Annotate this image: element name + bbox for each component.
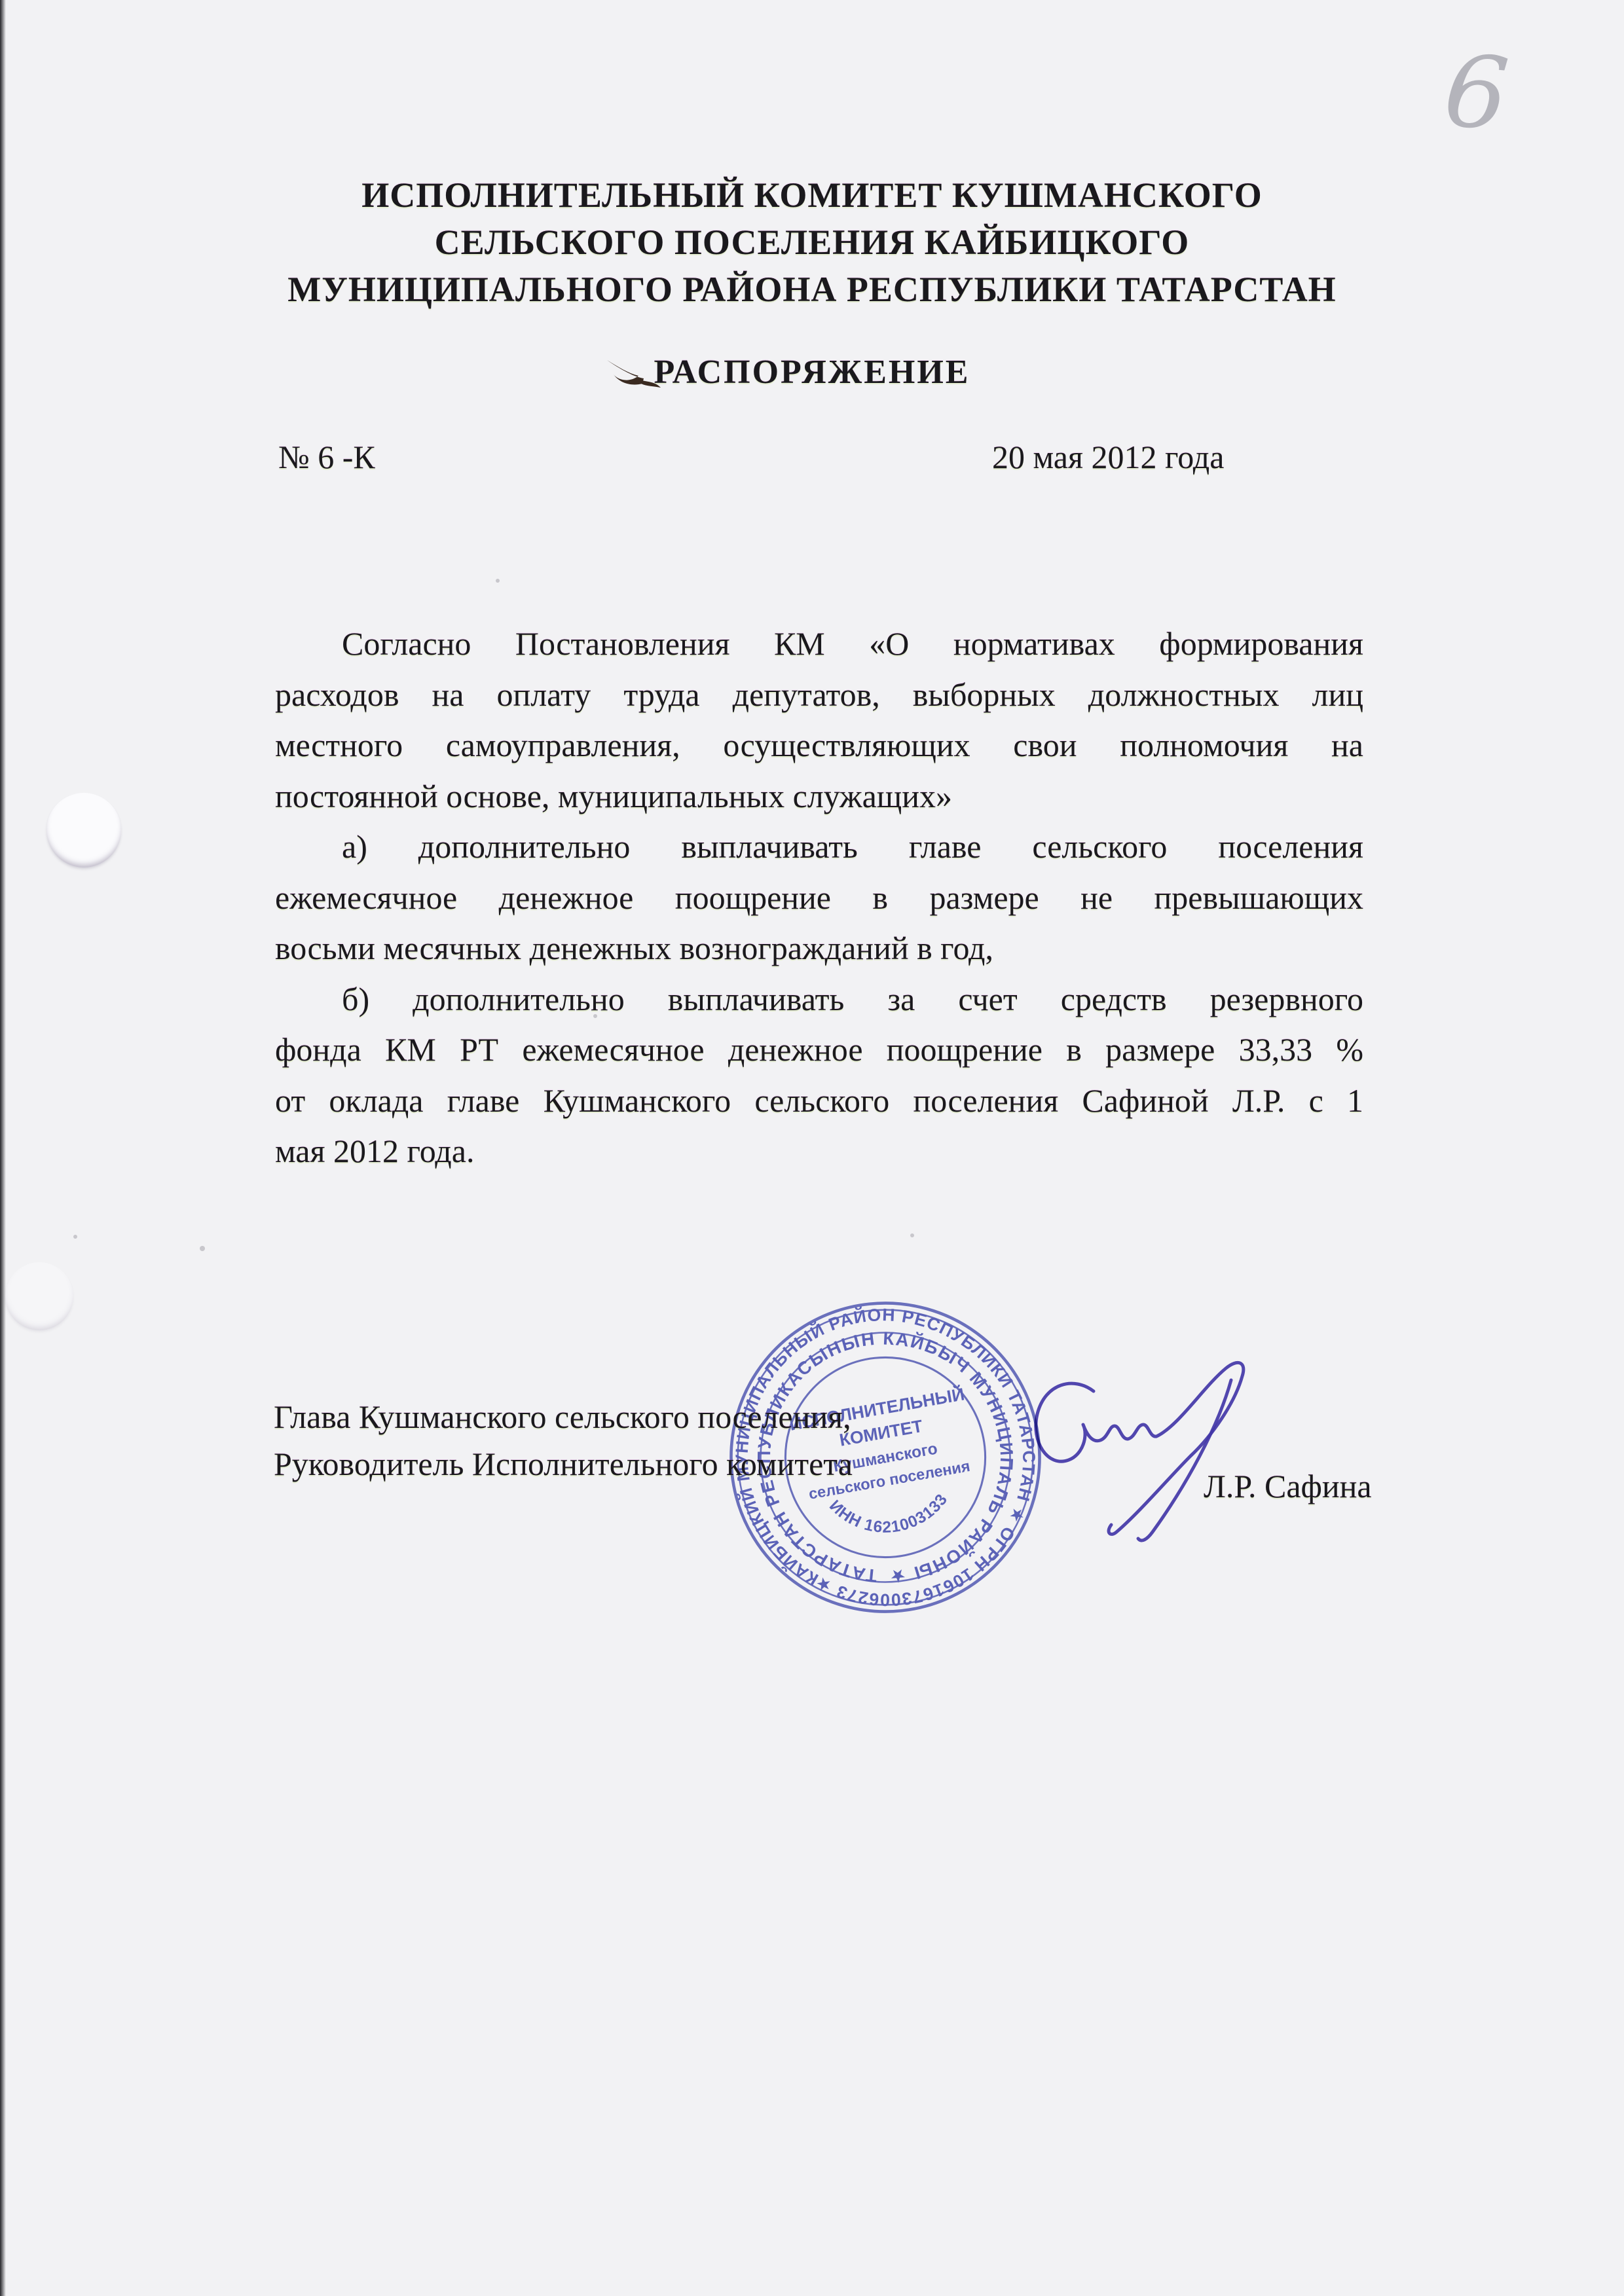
handwritten-signature [982,1277,1329,1584]
letterhead-line-1: ИСПОЛНИТЕЛЬНЫЙ КОМИТЕТ КУШМАНСКОГО [236,172,1388,219]
body-line: расходов на оплату труда депутатов, выбо… [275,670,1363,721]
paper-speck [73,1235,77,1239]
hole-punch [46,793,121,867]
letterhead: ИСПОЛНИТЕЛЬНЫЙ КОМИТЕТ КУШМАНСКОГО СЕЛЬС… [236,172,1388,313]
letterhead-line-2: СЕЛЬСКОГО ПОСЕЛЕНИЯ КАЙБИЦКОГО [236,219,1388,266]
document-type-title: РАСПОРЯЖЕНИЕ [236,351,1388,394]
body-line: восьми месячных денежных возногражданий … [275,923,1363,974]
handwritten-page-number: 6 [1441,41,1513,145]
paper-speck [910,1233,914,1237]
scanner-edge-shadow [0,0,6,2296]
body-line: ежемесячное денежное поощрение в размере… [275,873,1363,924]
body-line: б) дополнительно выплачивать за счет сре… [275,974,1363,1025]
pen-tick-mark [591,351,676,410]
body-line: Согласно Постановления КМ «О нормативах … [275,619,1363,670]
letterhead-line-3: МУНИЦИПАЛЬНОГО РАЙОНА РЕСПУБЛИКИ ТАТАРСТ… [236,266,1388,313]
paper-speck [496,579,500,583]
body-line: а) дополнительно выплачивать главе сельс… [275,822,1363,873]
body-line: от оклада главе Кушманского сельского по… [275,1076,1363,1127]
body-line: постоянной основе, муниципальных служащи… [275,771,1363,822]
body-line: фонда КМ РТ ежемесячное денежное поощрен… [275,1025,1363,1076]
scanned-document-page: 6 ИСПОЛНИТЕЛЬНЫЙ КОМИТЕТ КУШМАНСКОГО СЕЛ… [0,0,1624,2296]
order-date: 20 мая 2012 года [992,432,1224,483]
body-line: местного самоуправления, осуществляющих … [275,720,1363,771]
paper-speck [200,1246,205,1251]
body-line: мая 2012 года. [275,1126,1363,1177]
hole-punch [5,1262,73,1330]
order-number: № 6 -К [278,432,375,483]
order-body: Согласно Постановления КМ «О нормативах … [275,619,1363,1177]
